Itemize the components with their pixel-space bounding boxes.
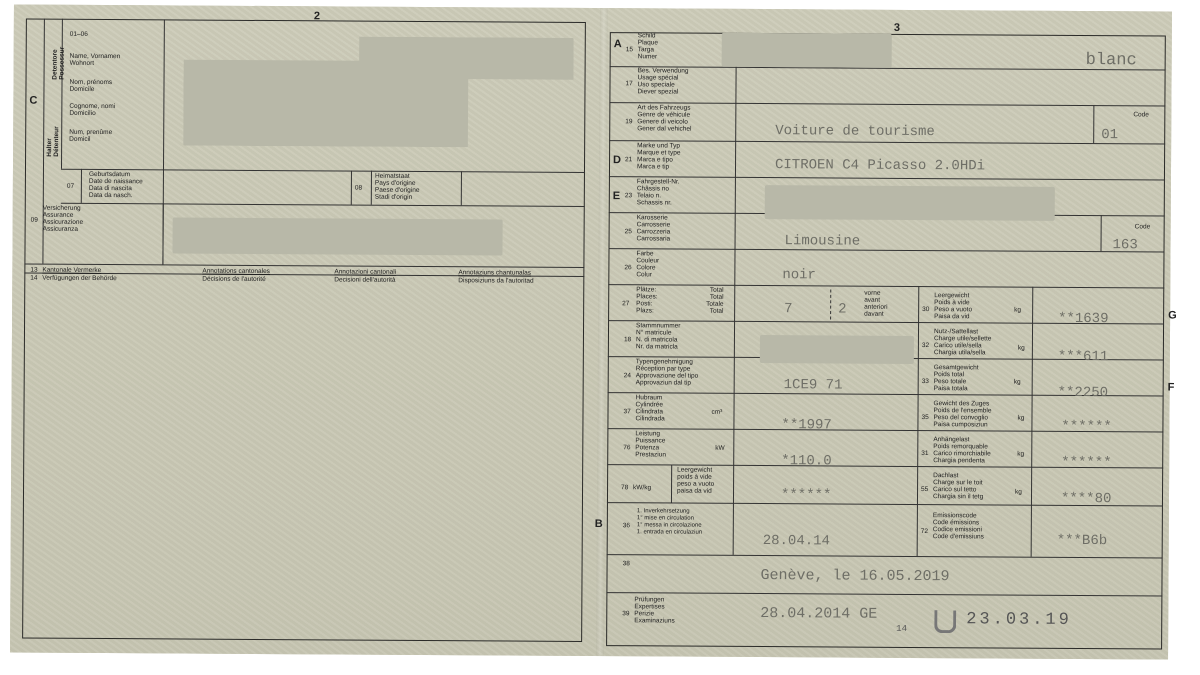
field-21-number: 21: [625, 156, 632, 163]
seats-front-value: 2: [838, 302, 847, 318]
field-09-number: 09: [31, 217, 38, 224]
field-30-unit: kg: [1014, 307, 1021, 314]
divider: [461, 171, 462, 205]
side-letter-e: E: [613, 190, 620, 202]
field-27-label: Plätze: Places: Posti: Plazs:: [636, 286, 657, 314]
type-approval-value: 1CE9 71: [784, 377, 843, 393]
issue-place-date-value: Genève, le 16.05.2019: [760, 567, 949, 585]
color-value: noir: [782, 267, 816, 283]
redacted-matricule: [760, 335, 914, 364]
field-72-label: Emissionscode Code émissions Codice emis…: [933, 512, 984, 540]
field-27-total-label: Total Total Totale Total: [706, 287, 724, 315]
field-18-label: Stammnummer N° matricule N. di matricola…: [636, 322, 681, 350]
field-13-label: Kantonale Vermerke: [42, 267, 101, 274]
seats-front-label: vorne avant anteriori davant: [864, 290, 888, 318]
field-31-label: Anhängelast Poids remorquable Carico rim…: [933, 436, 991, 464]
field-07-label: Geburtsdatum Date de naissance Data di n…: [89, 171, 143, 199]
field-38-number: 38: [623, 560, 630, 567]
field-13-label-rm: Annotaziuns chantunalas: [458, 269, 531, 276]
side-letter-g: G: [1168, 310, 1177, 322]
canton-shield-stamp-icon: [934, 610, 956, 633]
field-15-label: Schild Plaque Targa Numer: [638, 32, 658, 60]
inspection-value: 28.04.2014 GE: [760, 605, 877, 623]
field-14-label-fr: Décisions de l'autorité: [202, 276, 265, 283]
field-14-label-rm: Disposiziuns da l'autoritad: [458, 277, 533, 284]
code-label: Code: [1133, 111, 1149, 118]
page-number-right: 3: [894, 22, 900, 34]
field-55-label: Dachlast Charge sur le toit Carico sul t…: [933, 472, 983, 500]
field-08-label: Heimatstaat Pays d'origine Paese d'origi…: [375, 173, 420, 201]
vehicle-kind-code: 01: [1101, 127, 1118, 143]
field-39-label: Prüfungen Expertises Perizie Examinaziun…: [634, 596, 675, 624]
field-31-unit: kg: [1017, 451, 1024, 458]
seats-total-value: 7: [784, 301, 793, 317]
field-72-number: 72: [921, 528, 928, 535]
field-26-label: Farbe Couleur Colore Colur: [636, 250, 659, 278]
field-25-number: 25: [625, 228, 632, 235]
make-model-value: CITROEN C4 Picasso 2.0HDi: [775, 157, 985, 174]
field-17-number: 17: [625, 80, 632, 87]
inspection-stamp-date: 23.03.19: [966, 610, 1072, 630]
field-24-number: 24: [624, 372, 631, 379]
field-31-number: 31: [921, 450, 928, 457]
field-30-label: Leergewicht Poids à vide Peso a vuoto Pa…: [934, 292, 972, 320]
power-value: *110.0: [781, 453, 832, 469]
field-13-label-it: Annotazioni cantonali: [334, 268, 396, 275]
towable-load-value: ******: [1061, 455, 1112, 471]
field-32-unit: kg: [1018, 345, 1025, 352]
field-36-label: 1. Inverkehrsetzung 1° mise en circulati…: [637, 508, 703, 536]
field-21-label: Marke und Typ Marque et type Marca e tip…: [637, 142, 681, 170]
field-name-de: Name, Vornamen Wohnort: [70, 53, 121, 67]
field-09-label: Versicherung Assurance Assicurazione Ass…: [43, 205, 84, 233]
field-33-unit: kg: [1014, 379, 1021, 386]
redacted-plate: [722, 33, 892, 68]
inspection-stamp-sub: 14: [896, 624, 907, 634]
body-type-value: Limousine: [785, 233, 861, 249]
divider: [81, 169, 82, 203]
field-76-unit: kW: [715, 445, 724, 452]
field-36-number: 36: [623, 522, 630, 529]
field-17-label: Bes. Verwendung Usage spécial Uso specia…: [637, 67, 688, 95]
field-33-number: 33: [922, 378, 929, 385]
field-19-number: 19: [625, 118, 632, 125]
side-letter-f: F: [1168, 382, 1175, 394]
field-19-label: Art des Fahrzeugs Genre de véhicule Gene…: [637, 104, 691, 132]
field-78-number: 78: [621, 484, 628, 491]
divider: [830, 289, 831, 319]
field-55-unit: kg: [1015, 489, 1022, 496]
field-14-label: Verfügungen der Behörde: [42, 275, 116, 282]
field-32-number: 32: [922, 342, 929, 349]
holder-vertical-label: Halter Détenteur: [46, 126, 60, 156]
plate-color-value: blanc: [1086, 51, 1137, 70]
field-78-sublabel: Leergewicht poids à vide peso a vuoto pa…: [677, 467, 714, 495]
field-27-number: 27: [622, 300, 629, 307]
code-label-2: Code: [1135, 223, 1151, 230]
redacted-chassis: [765, 185, 1055, 221]
train-weight-value: ******: [1061, 419, 1112, 435]
field-25-label: Karosserie Carrosserie Carrozzeria Carro…: [637, 214, 671, 242]
field-30-number: 30: [922, 306, 929, 313]
field-14-label-it: Decisioni dell'autorità: [334, 276, 395, 283]
field-23-number: 23: [625, 192, 632, 199]
divider: [371, 171, 372, 205]
field-01-06-number: 01–06: [70, 31, 88, 38]
field-13-label-fr: Annotations cantonales: [202, 268, 270, 275]
field-32-label: Nutz-/Sattellast Charge utile/sellette C…: [934, 328, 992, 356]
first-registration-value: 28.04.14: [763, 533, 830, 549]
roof-load-value: ****80: [1061, 491, 1112, 507]
field-24-label: Typengenehmigung Réception par type Appr…: [636, 358, 699, 386]
field-08-number: 08: [355, 185, 362, 192]
field-name-it: Cognome, nomi Domicilio: [69, 103, 115, 117]
holder-vertical-label-2: Detentore Possessur: [52, 47, 66, 80]
redacted-insurance: [172, 217, 502, 255]
side-letter-b: B: [595, 518, 603, 530]
vehicle-kind-value: Voiture de tourisme: [775, 123, 935, 140]
side-letter-d: D: [613, 154, 621, 166]
field-26-number: 26: [624, 264, 631, 271]
field-name-fr: Nom, prénoms Domicile: [69, 79, 112, 93]
divider: [351, 171, 352, 205]
field-18-number: 18: [624, 336, 631, 343]
field-23-label: Fahrgestell-Nr. Châssis no Telaio n. Sch…: [637, 178, 680, 206]
field-name-rm: Num, prenûme Domicil: [69, 129, 112, 143]
body-type-code: 163: [1112, 237, 1137, 253]
field-14-number: 14: [30, 275, 37, 282]
field-55-number: 55: [921, 486, 928, 493]
field-76-number: 76: [623, 444, 630, 451]
total-weight-value: **2250: [1058, 385, 1109, 401]
payload-value: ***611: [1058, 349, 1109, 365]
side-letter-a: A: [614, 38, 622, 50]
field-39-number: 39: [622, 610, 629, 617]
field-15-number: 15: [626, 46, 633, 53]
displacement-value: **1997: [781, 417, 832, 433]
emission-code-value: ***B6b: [1057, 533, 1108, 549]
field-13-number: 13: [30, 267, 37, 274]
field-37-label: Hubraum Cylindrée Cilindrata Cilindrada: [635, 394, 664, 422]
field-76-label: Leistung Puissance Potenza Prestaziun: [635, 430, 666, 458]
field-37-number: 37: [623, 408, 630, 415]
divider: [1101, 215, 1102, 251]
field-07-number: 07: [67, 183, 74, 190]
section-letter-c: C: [29, 95, 37, 107]
field-78-label: kW/kg: [633, 484, 651, 491]
field-35-unit: kg: [1017, 415, 1024, 422]
field-35-label: Gewicht des Zuges Poids de l'ensemble Pe…: [933, 400, 991, 428]
field-37-unit: cm³: [711, 409, 722, 416]
registration-document: 2 C Halter Détenteur Detentore Possessur…: [10, 4, 1172, 659]
field-35-number: 35: [921, 414, 928, 421]
power-weight-value: ******: [781, 487, 832, 503]
empty-weight-value: **1639: [1058, 311, 1109, 327]
field-33-label: Gesamtgewicht Poids total Peso totale Pa…: [934, 364, 979, 392]
